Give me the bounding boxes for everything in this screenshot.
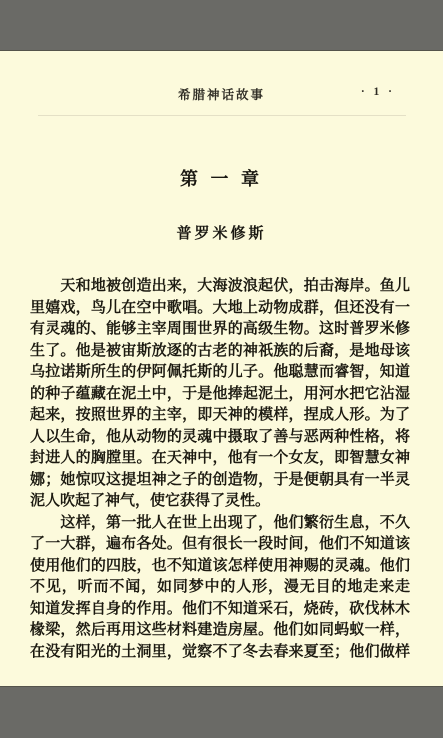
body-line: 椽梁，然后再用这些材料建造房屋。他们如同蚂蚁一样，蛰居 xyxy=(30,620,410,642)
body-line: 娜；她惊叹这提坦神之子的创造物，于是便朝具有一半灵魂的 xyxy=(30,470,410,492)
chapter-title: 第 一 章 xyxy=(0,165,443,191)
chapter-subtitle: 普罗米修斯 xyxy=(0,222,443,243)
body-line: 的种子蕴藏在泥土中，于是他捧起泥土，用河水把它沾湿调和 xyxy=(30,384,410,406)
reader-screen: 希腊神话故事 · 1 · 第 一 章 普罗米修斯 天和地被创造出来，大海波浪起伏… xyxy=(0,0,443,738)
paragraph: 这样，第一批人在世上出现了，他们繁衍生息，不久形成了一大群，遍布各处。但有很长一… xyxy=(30,513,410,664)
body-line: 泥人吹起了神气，使它获得了灵性。 xyxy=(30,491,410,513)
body-line: 里嬉戏，鸟儿在空中歌唱。大地上动物成群，但还没有一个具 xyxy=(30,298,410,320)
body-line: 在没有阳光的土洞里，觉察不了冬去春来夏至；他们做样样事 xyxy=(30,642,410,664)
page-header: 希腊神话故事 · 1 · xyxy=(0,85,443,101)
paragraph: 天和地被创造出来，大海波浪起伏，拍击海岸。鱼儿在水里嬉戏，鸟儿在空中歌唱。大地上… xyxy=(30,276,410,513)
body-line: 了一大群，遍布各处。但有很长一段时间，他们不知道该怎样 xyxy=(30,534,410,556)
body-line: 使用他们的四肢，也不知道该怎样使用神赐的灵魂。他们视而 xyxy=(30,556,410,578)
page-number: · 1 · xyxy=(361,86,395,98)
body-line: 生了。他是被宙斯放逐的古老的神祇族的后裔，是地母该亚与 xyxy=(30,341,410,363)
body-line: 起来，按照世界的主宰，即天神的模样，捏成人形。为了给这泥 xyxy=(30,405,410,427)
body-line: 不见，听而不闻，如同梦中的人形，漫无目的地走来走去，却不 xyxy=(30,577,410,599)
body-line: 封进人的胸膛里。在天神中，他有一个女友，即智慧女神雅典 xyxy=(30,448,410,470)
top-gray-bar xyxy=(0,0,443,51)
reader-page[interactable]: 希腊神话故事 · 1 · 第 一 章 普罗米修斯 天和地被创造出来，大海波浪起伏… xyxy=(0,51,443,686)
body-line: 有灵魂的、能够主宰周围世界的高级生物。这时普罗米修斯降 xyxy=(30,319,410,341)
header-divider xyxy=(38,115,406,116)
body-line: 知道发挥自身的作用。他们不知道采石，烧砖，砍伐林木制成 xyxy=(30,599,410,621)
body-line: 人以生命，他从动物的灵魂中摄取了善与恶两种性格，将它们 xyxy=(30,427,410,449)
body-text: 天和地被创造出来，大海波浪起伏，拍击海岸。鱼儿在水里嬉戏，鸟儿在空中歌唱。大地上… xyxy=(30,276,410,663)
body-line: 天和地被创造出来，大海波浪起伏，拍击海岸。鱼儿在水 xyxy=(30,276,410,298)
body-line: 乌拉诺斯所生的伊阿佩托斯的儿子。他聪慧而睿智，知道天神 xyxy=(30,362,410,384)
bottom-gray-bar xyxy=(0,686,443,738)
body-line: 这样，第一批人在世上出现了，他们繁衍生息，不久形成 xyxy=(30,513,410,535)
